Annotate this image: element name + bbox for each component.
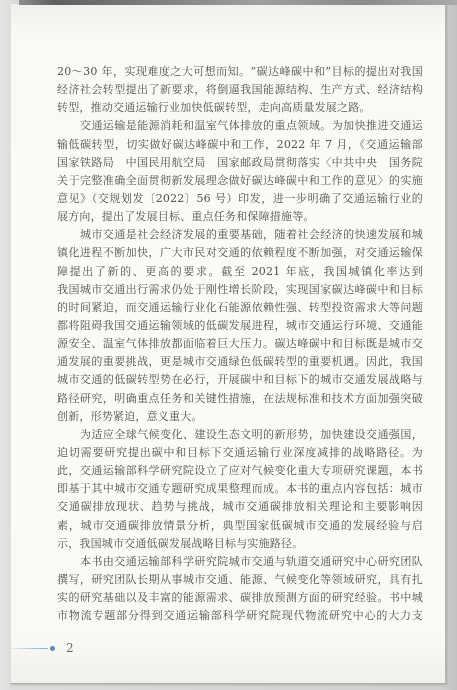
paragraph: 本书由交通运输部科学研究院城市交通与轨道交通研究中心研究团队撰写，研究团队长期从…	[57, 553, 423, 626]
text-line: 城市交通的低碳转型势在必行，开展碳中和目标下的城市交通发展战略与	[57, 371, 423, 389]
text-line: 本书由交通运输部科学研究院城市交通与轨道交通研究中心研究团队	[57, 553, 423, 571]
text-line: 为适应全球气候变化、建设生态文明的新形势，加快建设交通强国，	[57, 426, 423, 444]
text-line: 经济社会转型提出了新要求，将倒逼我国能源结构、生产方式、经济结构	[57, 81, 423, 99]
paragraph: 城市交通是社会经济发展的重要基础，随着社会经济的快速发展和城镇化进程不断加快，广…	[57, 226, 423, 426]
text-line: 交通运输是能源消耗和温室气体排放的重点领域。为加快推进交通运	[57, 117, 423, 135]
text-line: 交通碳排放现状、趋势与挑战，城市交通碳排放相关理论和主要影响因	[57, 498, 423, 516]
text-line: 撰写，研究团队长期从事城市交通、能源、气候变化等领域研究，具有扎	[57, 571, 423, 589]
text-line: 关于完整准确全面贯彻新发展理念做好碳达峰碳中和工作的意见〉的实施	[57, 172, 423, 190]
text-line: 即基于其中城市交通专题研究成果整理而成。本书的重点内容包括：城市	[57, 480, 423, 498]
text-line: 镇化进程不断加快，广大市民对交通的依赖程度不断加强，对交通运输保	[57, 244, 423, 262]
text-line: 创新，形势紧迫，意义重大。	[57, 408, 423, 426]
book-page-paper: 20～30 年，实现难度之大可想而知。“碳达峰碳中和”目标的提出对我国经济社会转…	[10, 4, 446, 684]
text-line: 输低碳转型，切实做好碳达峰碳中和工作，2022 年 7 月，《交通运输部	[57, 136, 423, 154]
text-line: 市物流专题部分得到交通运输部科学研究院现代物流研究中心的大力支	[57, 607, 423, 625]
text-line: 转型，推动交通运输行业加快低碳转型，走向高质量发展之路。	[57, 99, 423, 117]
text-line: 展方向，提出了发展目标、重点任务和保障措施等。	[57, 208, 423, 226]
text-line: 通发展的重要挑战，更是城市交通绿色低碳转型的重要机遇。因此，我国	[57, 353, 423, 371]
text-line: 的时间紧迫，而交通运输行业化石能源依赖性强、转型投资需求大等问题	[57, 299, 423, 317]
text-line: 路径研究，明确重点任务和关键性措施，在法规标准和技术方面加强突破	[57, 390, 423, 408]
text-line: 意见》（交规划发〔2022〕56 号）印发，进一步明确了交通运输行业的发	[57, 190, 423, 208]
paragraph: 交通运输是能源消耗和温室气体排放的重点领域。为加快推进交通运输低碳转型，切实做好…	[57, 117, 423, 226]
text-line: 都将阻碍我国交通运输领域的低碳发展进程，城市交通运行环境、交通能	[57, 317, 423, 335]
page-number: 2	[66, 641, 74, 655]
text-line: 20～30 年，实现难度之大可想而知。“碳达峰碳中和”目标的提出对我国	[57, 63, 423, 81]
text-line: 素，城市交通碳排放情景分析，典型国家低碳城市交通的发展经验与启	[57, 517, 423, 535]
page-footer: 2	[10, 641, 210, 655]
scanned-book-page: 20～30 年，实现难度之大可想而知。“碳达峰碳中和”目标的提出对我国经济社会转…	[0, 0, 457, 690]
text-line: 城市交通是社会经济发展的重要基础，随着社会经济的快速发展和城	[57, 226, 423, 244]
text-line: 国家铁路局 中国民用航空局 国家邮政局贯彻落实〈中共中央 国务院	[57, 154, 423, 172]
page-text-block: 20～30 年，实现难度之大可想而知。“碳达峰碳中和”目标的提出对我国经济社会转…	[57, 63, 423, 625]
text-line: 我国城市交通出行需求仍处于刚性增长阶段，实现国家碳达峰碳中和目标	[57, 281, 423, 299]
page-number-rule	[10, 648, 48, 649]
text-line: 实的研究基础以及丰富的能源需求、碳排放预测方面的研究经验。书中城	[57, 589, 423, 607]
scanner-edge-strip	[19, 0, 457, 5]
paragraph: 20～30 年，实现难度之大可想而知。“碳达峰碳中和”目标的提出对我国经济社会转…	[57, 63, 423, 117]
text-line: 源安全、温室气体排放都面临着巨大压力。碳达峰碳中和目标既是城市交	[57, 335, 423, 353]
text-line: 迫切需要研究提出碳中和目标下交通运输行业深度减排的战略路径。为	[57, 444, 423, 462]
text-line: 障提出了新的、更高的要求。截至 2021 年底，我国城镇化率达到 64.7%，	[57, 263, 423, 281]
page-number-dot	[50, 646, 55, 651]
text-line: 此，交通运输部科学研究院设立了应对气候变化重大专项研究课题，本书	[57, 462, 423, 480]
text-line: 示，我国城市交通低碳发展战略目标与实施路径。	[57, 535, 423, 553]
paragraph: 为适应全球气候变化、建设生态文明的新形势，加快建设交通强国，迫切需要研究提出碳中…	[57, 426, 423, 553]
